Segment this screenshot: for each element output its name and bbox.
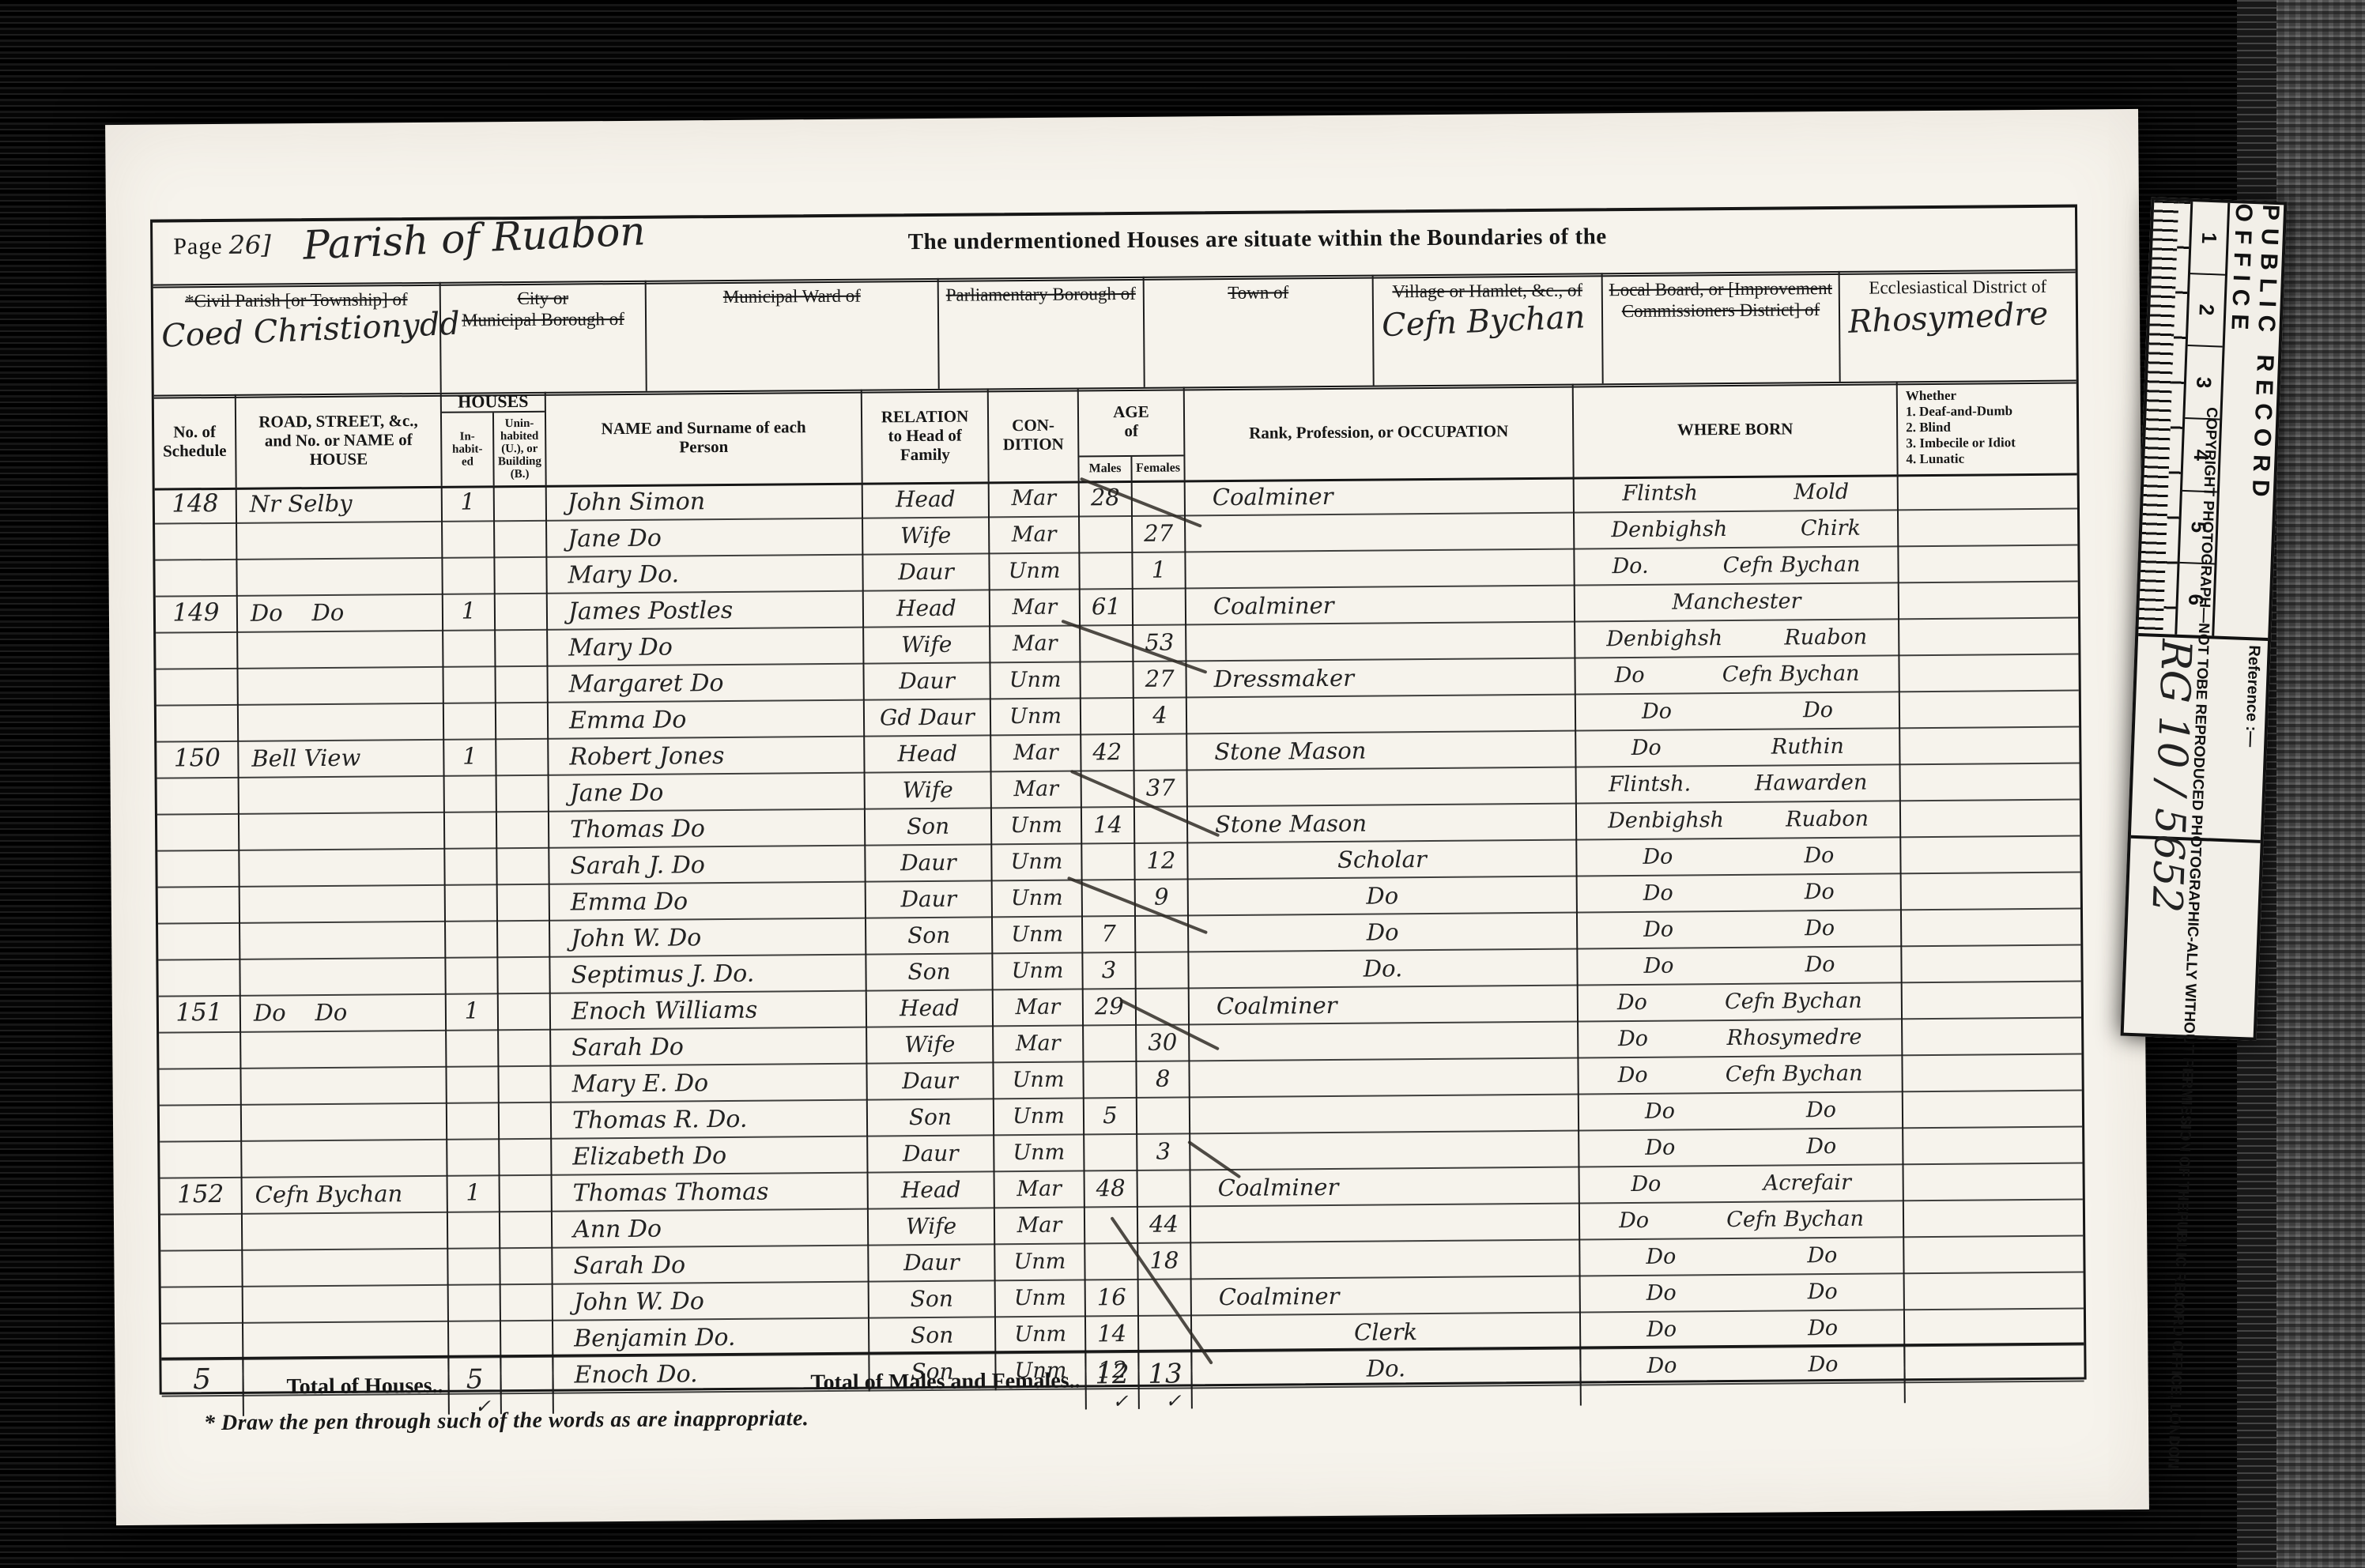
banner-text: The undermentioned Houses are situate wi… [645, 222, 1869, 258]
born-part: Do [1645, 1095, 1675, 1131]
cell-uninhabited [498, 922, 550, 959]
born-part: Cefn Bychan [1722, 657, 1860, 694]
cell-uninhabited [496, 667, 548, 704]
cell-occupation [1191, 1241, 1580, 1280]
totals-houses-value: 5 ✓ [449, 1357, 502, 1415]
cell-inhabited [447, 1067, 499, 1104]
cell-uninhabited [496, 703, 549, 741]
header-field-value: Coed Christionydd [160, 307, 440, 355]
cell-occupation: Stone Mason [1187, 732, 1576, 771]
cell-occupation: Coalminer [1192, 1277, 1581, 1317]
cell-male [1082, 844, 1135, 881]
cell-schedule [156, 669, 238, 707]
born-part: Do [1807, 1238, 1837, 1275]
reference-label: Reference :— [2241, 645, 2263, 748]
cell-condition: Mar [991, 735, 1081, 772]
cell-name: Jane Do [547, 519, 863, 558]
cell-born: DoCefn Bychan [1580, 1201, 1904, 1240]
cell-uninhabited [501, 1285, 553, 1322]
cell-born: DoCefn Bychan [1579, 1056, 1903, 1095]
cell-road [239, 704, 444, 742]
cell-schedule [155, 524, 237, 561]
cell-whether [1900, 692, 2077, 729]
cell-born: Manchester [1575, 583, 1899, 622]
cell-whether [1903, 1091, 2080, 1129]
col-header-schedule: No. of Schedule [154, 394, 237, 488]
cell-name: Thomas Do [549, 810, 866, 849]
col-header-houses: HOUSES In- habit- ed Unin- habited (U.),… [442, 392, 547, 486]
cell-occupation: Dressmaker [1186, 659, 1575, 699]
cell-road [243, 1322, 449, 1360]
cell-male [1080, 553, 1133, 590]
born-part: Do [1631, 731, 1662, 767]
cell-female: 8 [1137, 1061, 1190, 1099]
cell-whether [1899, 510, 2076, 548]
cell-schedule [160, 1251, 243, 1288]
cell-male [1084, 1062, 1137, 1099]
cell-schedule [161, 1287, 243, 1325]
cell-condition: Unm [996, 1280, 1086, 1317]
cell-born: DoCefn Bychan [1575, 656, 1899, 695]
cell-condition: Mar [995, 1208, 1085, 1245]
cell-schedule [159, 1033, 241, 1070]
cell-male: 14 [1086, 1317, 1139, 1354]
born-part: Do [1643, 840, 1673, 876]
parish-name: Parish of Ruabon [302, 208, 646, 268]
cell-road [243, 1249, 448, 1287]
cell-uninhabited [500, 1212, 553, 1249]
cell-relation: Son [869, 1317, 996, 1355]
col-header-age: AGE of Males Females [1079, 386, 1186, 481]
cell-road [242, 1140, 447, 1178]
col-header-houses-caption: HOUSES [442, 392, 545, 413]
cell-occupation [1190, 1023, 1579, 1062]
cell-female: 4 [1134, 698, 1187, 735]
check-mark: ✓ [1165, 1378, 1182, 1423]
cell-road [243, 1286, 449, 1324]
cell-female: 27 [1133, 516, 1186, 553]
cell-road [241, 1031, 447, 1069]
cell-inhabited [446, 958, 498, 995]
cell-name: John W. Do [550, 919, 866, 958]
cell-female: 44 [1138, 1207, 1191, 1244]
cell-road [238, 668, 443, 706]
cell-road [237, 559, 443, 597]
cell-uninhabited [499, 1067, 551, 1104]
cell-uninhabited [496, 631, 548, 668]
cell-whether [1901, 764, 2078, 802]
cell-schedule [157, 706, 239, 743]
cell-whether [1903, 1019, 2080, 1057]
cell-relation: Wife [869, 1208, 995, 1246]
totals-females-value: 13 ✓ [1139, 1351, 1193, 1409]
cell-relation: Son [866, 918, 993, 955]
cell-condition: Unm [993, 917, 1083, 954]
cell-condition: Mar [994, 989, 1084, 1027]
table-header: No. of Schedule ROAD, STREET, &c., and N… [154, 380, 2077, 491]
cell-whether [1899, 546, 2076, 584]
cell-road: Do Do [238, 595, 443, 633]
cell-road [240, 922, 446, 960]
cell-road: Nr Selby [237, 486, 443, 524]
cell-male: 3 [1083, 953, 1136, 990]
cell-male: 48 [1085, 1171, 1138, 1208]
cell-name: Septimus J. Do. [550, 955, 866, 994]
pro-copyright: COPYRIGHT PHOTOGRAPH—NOT TOBE REPRODUCED… [2124, 835, 2261, 1041]
header-field: Ecclesiastical District ofRhosymedre [1840, 269, 2076, 382]
page-number: 26] [228, 229, 270, 259]
born-part: Cefn Bychan [1723, 548, 1861, 585]
born-part: Do [1808, 1311, 1838, 1347]
cell-name: Thomas Thomas [553, 1174, 869, 1212]
cell-uninhabited [495, 558, 547, 595]
born-part: Rhosymedre [1726, 1020, 1861, 1057]
totals-males-females-label: Total of Males and Females.. [553, 1352, 1087, 1413]
header-field-label: City or Municipal Borough of [441, 287, 645, 331]
cell-relation: Daur [864, 663, 990, 700]
col-header-inhabited: In- habit- ed [442, 413, 495, 486]
header-field-label: Village or Hamlet, &c., of [1374, 279, 1601, 302]
cell-occupation: Do [1189, 877, 1578, 917]
cell-condition: Unm [991, 699, 1081, 736]
cell-schedule [158, 960, 240, 997]
cell-female: 12 [1135, 843, 1188, 880]
header-field-value: Cefn Bychan [1381, 298, 1602, 344]
cell-name: Robert Jones [549, 737, 865, 776]
header-field: City or Municipal Borough of [441, 281, 647, 393]
cell-occupation [1190, 1095, 1579, 1135]
cell-relation: Daur [867, 1063, 994, 1100]
cell-female: 1 [1133, 552, 1186, 590]
cell-schedule: 150 [157, 742, 239, 779]
cell-condition: Mar [990, 517, 1080, 554]
cell-relation: Head [864, 590, 990, 628]
cell-name: Mary Do. [547, 556, 863, 594]
born-part: Do [1631, 1167, 1661, 1204]
born-part: Cefn Bychan [1726, 1057, 1863, 1094]
cell-uninhabited [497, 849, 549, 886]
cell-road [238, 631, 443, 669]
col-header-road: ROAD, STREET, &c., and No. or NAME of HO… [236, 393, 443, 488]
born-part: Do [1803, 693, 1833, 729]
cell-inhabited [443, 667, 496, 704]
cell-female [1133, 589, 1186, 626]
cell-uninhabited [495, 522, 547, 559]
cell-male: 28 [1080, 481, 1133, 518]
cell-occupation [1186, 623, 1575, 662]
cell-uninhabited [500, 1249, 553, 1286]
cell-inhabited [445, 812, 497, 850]
header-field-label: Municipal Ward of [647, 285, 937, 308]
cell-road [240, 850, 445, 888]
cell-condition: Mar [990, 481, 1080, 518]
cell-female: 3 [1137, 1134, 1190, 1171]
totals-empty-2 [1192, 1349, 1582, 1409]
cell-inhabited: 1 [444, 740, 496, 777]
cell-occupation [1186, 550, 1575, 590]
cell-male [1084, 1026, 1137, 1063]
born-part: Acrefair [1763, 1166, 1851, 1203]
cell-inhabited [443, 558, 495, 595]
cell-relation: Wife [867, 1027, 994, 1064]
cell-female [1136, 952, 1189, 989]
cell-inhabited [445, 849, 497, 886]
cell-road [240, 813, 445, 851]
born-part: Do [1619, 1204, 1649, 1240]
born-part: Do [1646, 1240, 1676, 1276]
cell-name: Emma Do [550, 883, 866, 922]
cell-born: DoDo [1578, 947, 1902, 986]
table-body: 148Nr Selby1John SimonHeadMar28Coalminer… [155, 473, 2084, 1397]
born-part: Do [1808, 1275, 1838, 1311]
col-header-condition: CON- DITION [989, 387, 1080, 481]
cell-schedule [158, 888, 240, 925]
cell-occupation: Scholar [1188, 841, 1577, 880]
cell-occupation [1188, 768, 1577, 808]
cell-whether [1899, 619, 2076, 657]
cell-whether [1904, 1237, 2081, 1275]
cell-relation: Son [868, 1099, 994, 1136]
cell-name: Margaret Do [548, 665, 864, 703]
cell-female: 27 [1133, 661, 1186, 699]
born-part: Do [1806, 1093, 1836, 1129]
cell-whether [1899, 473, 2076, 511]
cell-name: Sarah Do [551, 1028, 867, 1067]
cell-schedule [155, 560, 237, 597]
cell-uninhabited [499, 994, 551, 1031]
cell-inhabited: 1 [443, 485, 495, 522]
cell-occupation: Coalminer [1186, 586, 1575, 626]
cell-uninhabited [497, 812, 549, 850]
cell-inhabited [448, 1249, 500, 1286]
totals-houses-label: Total of Houses.. [243, 1358, 450, 1416]
cell-name: John Simon [547, 483, 863, 522]
cell-road [240, 886, 446, 924]
cell-relation: Wife [864, 627, 990, 664]
cell-relation: Head [865, 736, 991, 773]
cell-whether [1901, 837, 2078, 875]
cell-born: Flintsh.Hawarden [1577, 765, 1901, 804]
born-part: Do [1618, 1022, 1648, 1058]
cell-condition: Unm [993, 880, 1083, 918]
cell-schedule [158, 924, 240, 961]
header-field: *Civil Parish [or Township] ofCoed Chris… [153, 282, 442, 395]
cell-male [1084, 1135, 1137, 1172]
cell-schedule [159, 1069, 241, 1106]
born-part: Do [1804, 839, 1834, 875]
footnote: * Draw the pen through such of the words… [204, 1406, 809, 1436]
cell-male: 5 [1084, 1099, 1137, 1136]
cell-inhabited [449, 1321, 501, 1359]
cell-road [237, 522, 443, 560]
cell-condition: Unm [996, 1317, 1086, 1354]
cell-condition: Unm [993, 953, 1083, 990]
born-part: Do [1643, 876, 1673, 913]
born-part: Do [1646, 1313, 1677, 1349]
header-field: Town of [1145, 275, 1375, 387]
cell-condition: Mar [992, 771, 1082, 808]
cell-schedule [161, 1324, 243, 1361]
cell-inhabited [447, 1031, 499, 1068]
cell-uninhabited [499, 1031, 551, 1068]
born-part: Denbighsh [1606, 621, 1722, 658]
cell-uninhabited [501, 1321, 553, 1359]
cell-male: 29 [1084, 989, 1137, 1027]
born-part: Denbighsh [1611, 512, 1727, 549]
page-label: Page [173, 233, 223, 260]
cell-relation: Head [863, 481, 990, 518]
cell-occupation: Coalminer [1191, 1168, 1580, 1208]
cell-born: FlintshMold [1575, 474, 1899, 513]
cell-name: Emma Do [549, 701, 865, 740]
cell-whether [1903, 1128, 2080, 1166]
cell-relation: Daur [866, 845, 992, 882]
cell-female [1137, 1098, 1190, 1135]
cell-occupation: Do. [1189, 950, 1578, 989]
cell-inhabited [448, 1212, 500, 1249]
cell-female [1135, 807, 1188, 844]
cell-uninhabited [500, 1103, 552, 1140]
cell-male [1080, 517, 1133, 554]
cell-occupation: Stone Mason [1188, 805, 1577, 844]
col-header-females: Females [1132, 456, 1183, 481]
cell-male [1081, 699, 1134, 736]
cell-relation: Head [869, 1172, 995, 1209]
cell-name: Mary E. Do [551, 1065, 867, 1103]
cell-inhabited [447, 1103, 500, 1140]
cell-name: John W. Do [553, 1283, 869, 1321]
cell-born: DoDo [1578, 910, 1902, 949]
born-part: Flintsh [1622, 476, 1698, 513]
cell-inhabited [446, 922, 498, 959]
cell-uninhabited [498, 885, 550, 922]
cell-schedule [157, 851, 240, 888]
totals-empty-4 [1905, 1345, 2083, 1404]
cell-relation: Son [866, 954, 993, 991]
cell-whether [1904, 1200, 2081, 1238]
cell-male: 61 [1081, 590, 1133, 627]
cell-born: DoAcrefair [1580, 1165, 1904, 1204]
cell-road: Do Do [241, 995, 447, 1033]
cell-schedule [160, 1142, 242, 1179]
born-part: Do. [1612, 549, 1648, 586]
cell-occupation: Do [1189, 914, 1578, 953]
cell-uninhabited [495, 485, 547, 522]
header-field: Local Board, or [Improvement Commissione… [1603, 271, 1841, 383]
cell-male: 42 [1081, 735, 1134, 772]
cell-schedule [160, 1215, 243, 1252]
cell-road [240, 777, 445, 815]
cell-relation: Daur [868, 1136, 994, 1173]
cell-inhabited: 1 [443, 594, 496, 631]
cell-inhabited [445, 776, 497, 813]
cell-relation: Son [866, 808, 992, 846]
cell-whether [1903, 1055, 2080, 1093]
col-header-uninhabited: Unin- habited (U.), or Building (B.) [494, 413, 545, 485]
cell-inhabited [447, 1140, 500, 1177]
born-part: Ruthin [1771, 729, 1844, 767]
cell-male: 14 [1082, 808, 1135, 845]
cell-male: 7 [1083, 917, 1136, 954]
cell-born: DoDo [1579, 1129, 1903, 1167]
born-part: Manchester [1672, 584, 1801, 621]
born-part: Do [1805, 875, 1835, 911]
born-part: Do [1805, 948, 1835, 984]
born-part: Do [1618, 1058, 1648, 1095]
cell-condition: Mar [990, 626, 1081, 663]
cell-whether [1905, 1310, 2082, 1347]
cell-road [243, 1213, 448, 1251]
cell-born: DenbighshChirk [1575, 511, 1899, 549]
cell-whether [1902, 873, 2079, 911]
cell-inhabited [449, 1285, 501, 1322]
header-field-label: Local Board, or [Improvement Commissione… [1603, 277, 1839, 322]
cell-relation: Wife [863, 518, 990, 555]
born-part: Do [1617, 986, 1647, 1022]
cell-name: Enoch Williams [551, 992, 867, 1031]
cell-born: DoDo [1581, 1274, 1905, 1313]
totals-schedule: 5 [161, 1359, 244, 1417]
cell-relation: Head [867, 990, 994, 1027]
form-frame: Page 26] Parish of Ruabon The undermenti… [150, 205, 2087, 1395]
cell-road: Cefn Bychan [243, 1177, 448, 1215]
cell-occupation [1190, 1059, 1579, 1099]
cell-uninhabited [500, 1176, 553, 1213]
cell-name: Jane Do [549, 774, 866, 812]
cell-uninhabited [500, 1140, 552, 1177]
cell-born: DoRhosymedre [1579, 1020, 1903, 1058]
totals-empty-3 [1581, 1346, 1906, 1405]
col-header-born: WHERE BORN [1574, 381, 1899, 477]
born-part: Ruabon [1786, 802, 1869, 839]
header-field: Village or Hamlet, &c., ofCefn Bychan [1374, 273, 1604, 385]
cell-inhabited [444, 703, 496, 741]
ruler-number: 2 [2187, 274, 2224, 348]
col-header-occupation: Rank, Profession, or OCCUPATION [1185, 384, 1575, 481]
cell-condition: Unm [994, 1099, 1084, 1136]
cell-whether [1903, 1164, 2080, 1202]
cell-born: Do.Cefn Bychan [1575, 547, 1899, 586]
born-part: Do [1615, 658, 1645, 695]
cell-inhabited [446, 885, 498, 922]
cell-relation: Gd Daur [865, 699, 991, 737]
cell-born: DoDo [1576, 692, 1900, 731]
born-part: Flintsh. [1609, 767, 1691, 804]
born-part: Do [1645, 1131, 1675, 1167]
cell-inhabited: 1 [448, 1176, 500, 1213]
cell-occupation [1186, 514, 1575, 553]
born-part: Do [1646, 1276, 1677, 1313]
cell-schedule [156, 633, 238, 670]
cell-whether [1899, 655, 2076, 693]
cell-female: 18 [1138, 1243, 1191, 1280]
cell-whether [1905, 1273, 2082, 1311]
cell-whether [1902, 910, 2079, 948]
cell-whether [1901, 801, 2078, 839]
born-part: Cefn Bychan [1726, 1202, 1864, 1239]
cell-name: Elizabeth Do [552, 1137, 868, 1176]
header-fields: *Civil Parish [or Township] ofCoed Chris… [153, 269, 2076, 399]
cell-schedule: 152 [160, 1178, 243, 1216]
cell-schedule: 151 [159, 997, 241, 1034]
cell-born: DoRuthin [1576, 729, 1900, 767]
cell-inhabited: 1 [447, 994, 499, 1031]
cell-name: Thomas R. Do. [552, 1101, 868, 1140]
cell-male: 16 [1086, 1280, 1139, 1317]
cell-relation: Daur [866, 881, 993, 918]
born-part: Do [1643, 949, 1673, 986]
cell-condition: Unm [990, 662, 1081, 699]
